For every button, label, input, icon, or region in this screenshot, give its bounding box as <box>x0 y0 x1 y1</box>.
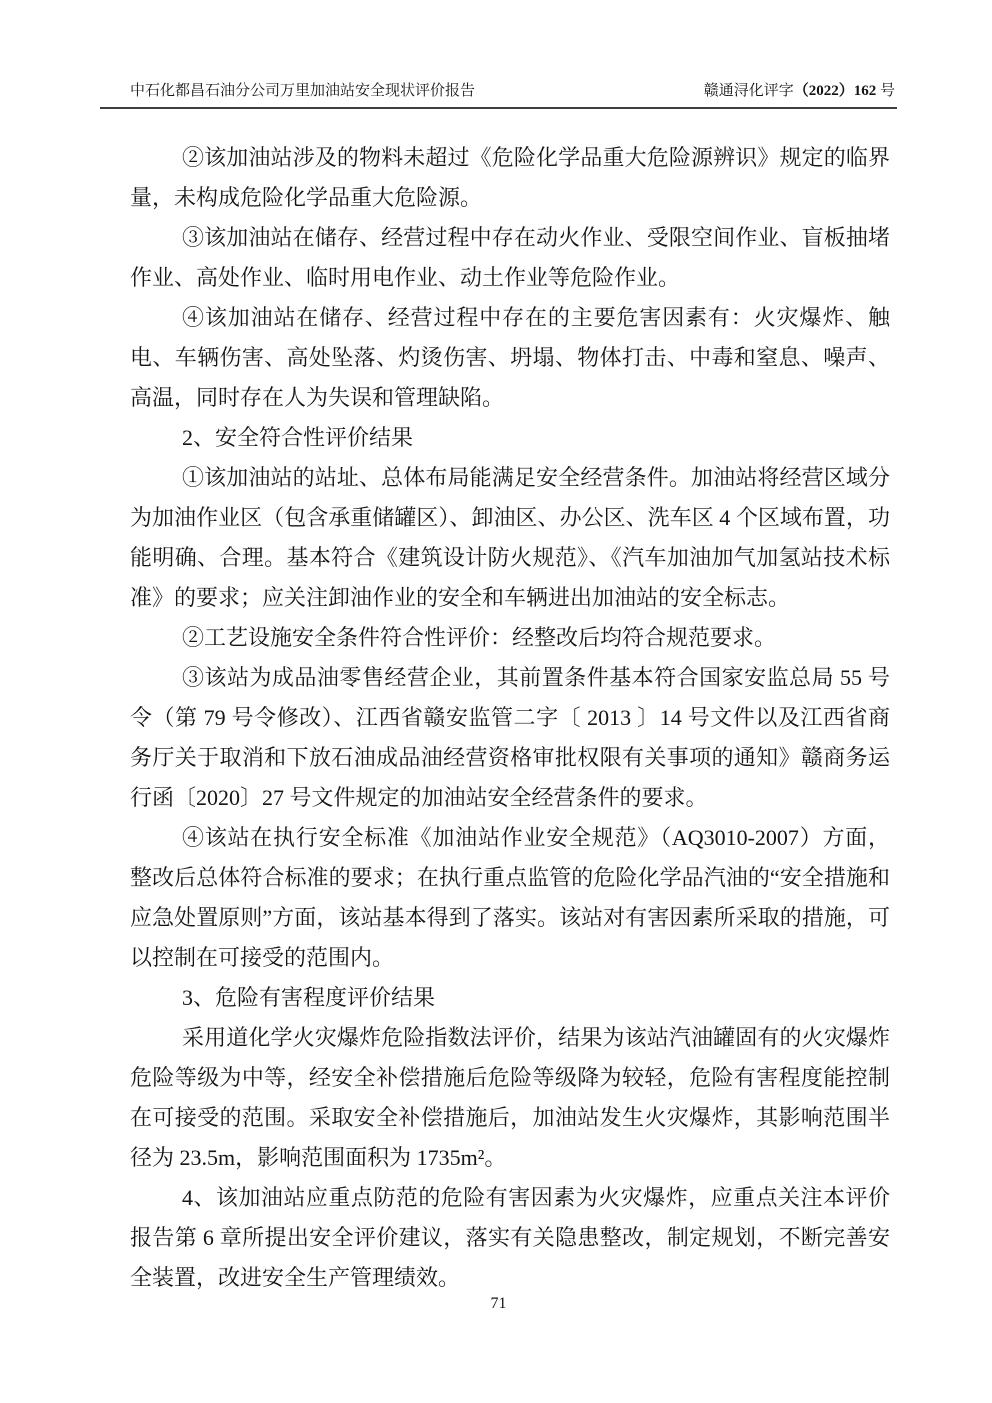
paragraph-preconditions: ③该站为成品油零售经营企业，其前置条件基本符合国家安监总局 55 号令（第 79… <box>130 658 890 818</box>
report-title: 中石化都昌石油分公司万里加油站安全现状评价报告 <box>130 80 475 102</box>
paragraph-hazard-factors: ④该加油站在储存、经营过程中存在的主要危害因素有：火灾爆炸、触电、车辆伤害、高处… <box>130 298 890 418</box>
report-page: 中石化都昌石油分公司万里加油站安全现状评价报告 赣通浔化评字（2022）162 … <box>0 0 992 1403</box>
report-body: ②该加油站涉及的物料未超过《危险化学品重大危险源辨识》规定的临界量，未构成危险化… <box>130 138 890 1298</box>
document-number-prefix: 赣通浔化评字 <box>704 83 794 99</box>
paragraph-aq3010-standard: ④该站在执行安全标准《加油站作业安全规范》（AQ3010-2007）方面，整改后… <box>130 818 890 978</box>
document-number-suffix: 号 <box>876 83 895 99</box>
paragraph-dangerous-operations: ③该加油站在储存、经营过程中存在动火作业、受限空间作业、盲板抽堵作业、高处作业、… <box>130 218 890 298</box>
paragraph-process-facilities: ②工艺设施安全条件符合性评价：经整改后均符合规范要求。 <box>130 618 890 658</box>
paragraph-dow-index-evaluation: 采用道化学火灾爆炸危险指数法评价，结果为该站汽油罐固有的火灾爆炸危险等级为中等，… <box>130 1018 890 1178</box>
document-number: 赣通浔化评字（2022）162 号 <box>704 80 895 102</box>
paragraph-site-layout: ①该加油站的站址、总体布局能满足安全经营条件。加油站将经营区域分为加油作业区（包… <box>130 458 890 618</box>
document-number-code: （2022）162 <box>794 83 877 99</box>
paragraph-key-prevention: 4、该加油站应重点防范的危险有害因素为火灾爆炸，应重点关注本评价报告第 6 章所… <box>130 1178 890 1298</box>
heading-hazard-degree-result: 3、危险有害程度评价结果 <box>130 978 890 1018</box>
page-content: 中石化都昌石油分公司万里加油站安全现状评价报告 赣通浔化评字（2022）162 … <box>100 80 897 1298</box>
heading-safety-compliance-result: 2、安全符合性评价结果 <box>130 418 890 458</box>
page-header: 中石化都昌石油分公司万里加油站安全现状评价报告 赣通浔化评字（2022）162 … <box>100 80 897 109</box>
page-number: 71 <box>100 1294 897 1314</box>
paragraph-major-hazard: ②该加油站涉及的物料未超过《危险化学品重大危险源辨识》规定的临界量，未构成危险化… <box>130 138 890 218</box>
